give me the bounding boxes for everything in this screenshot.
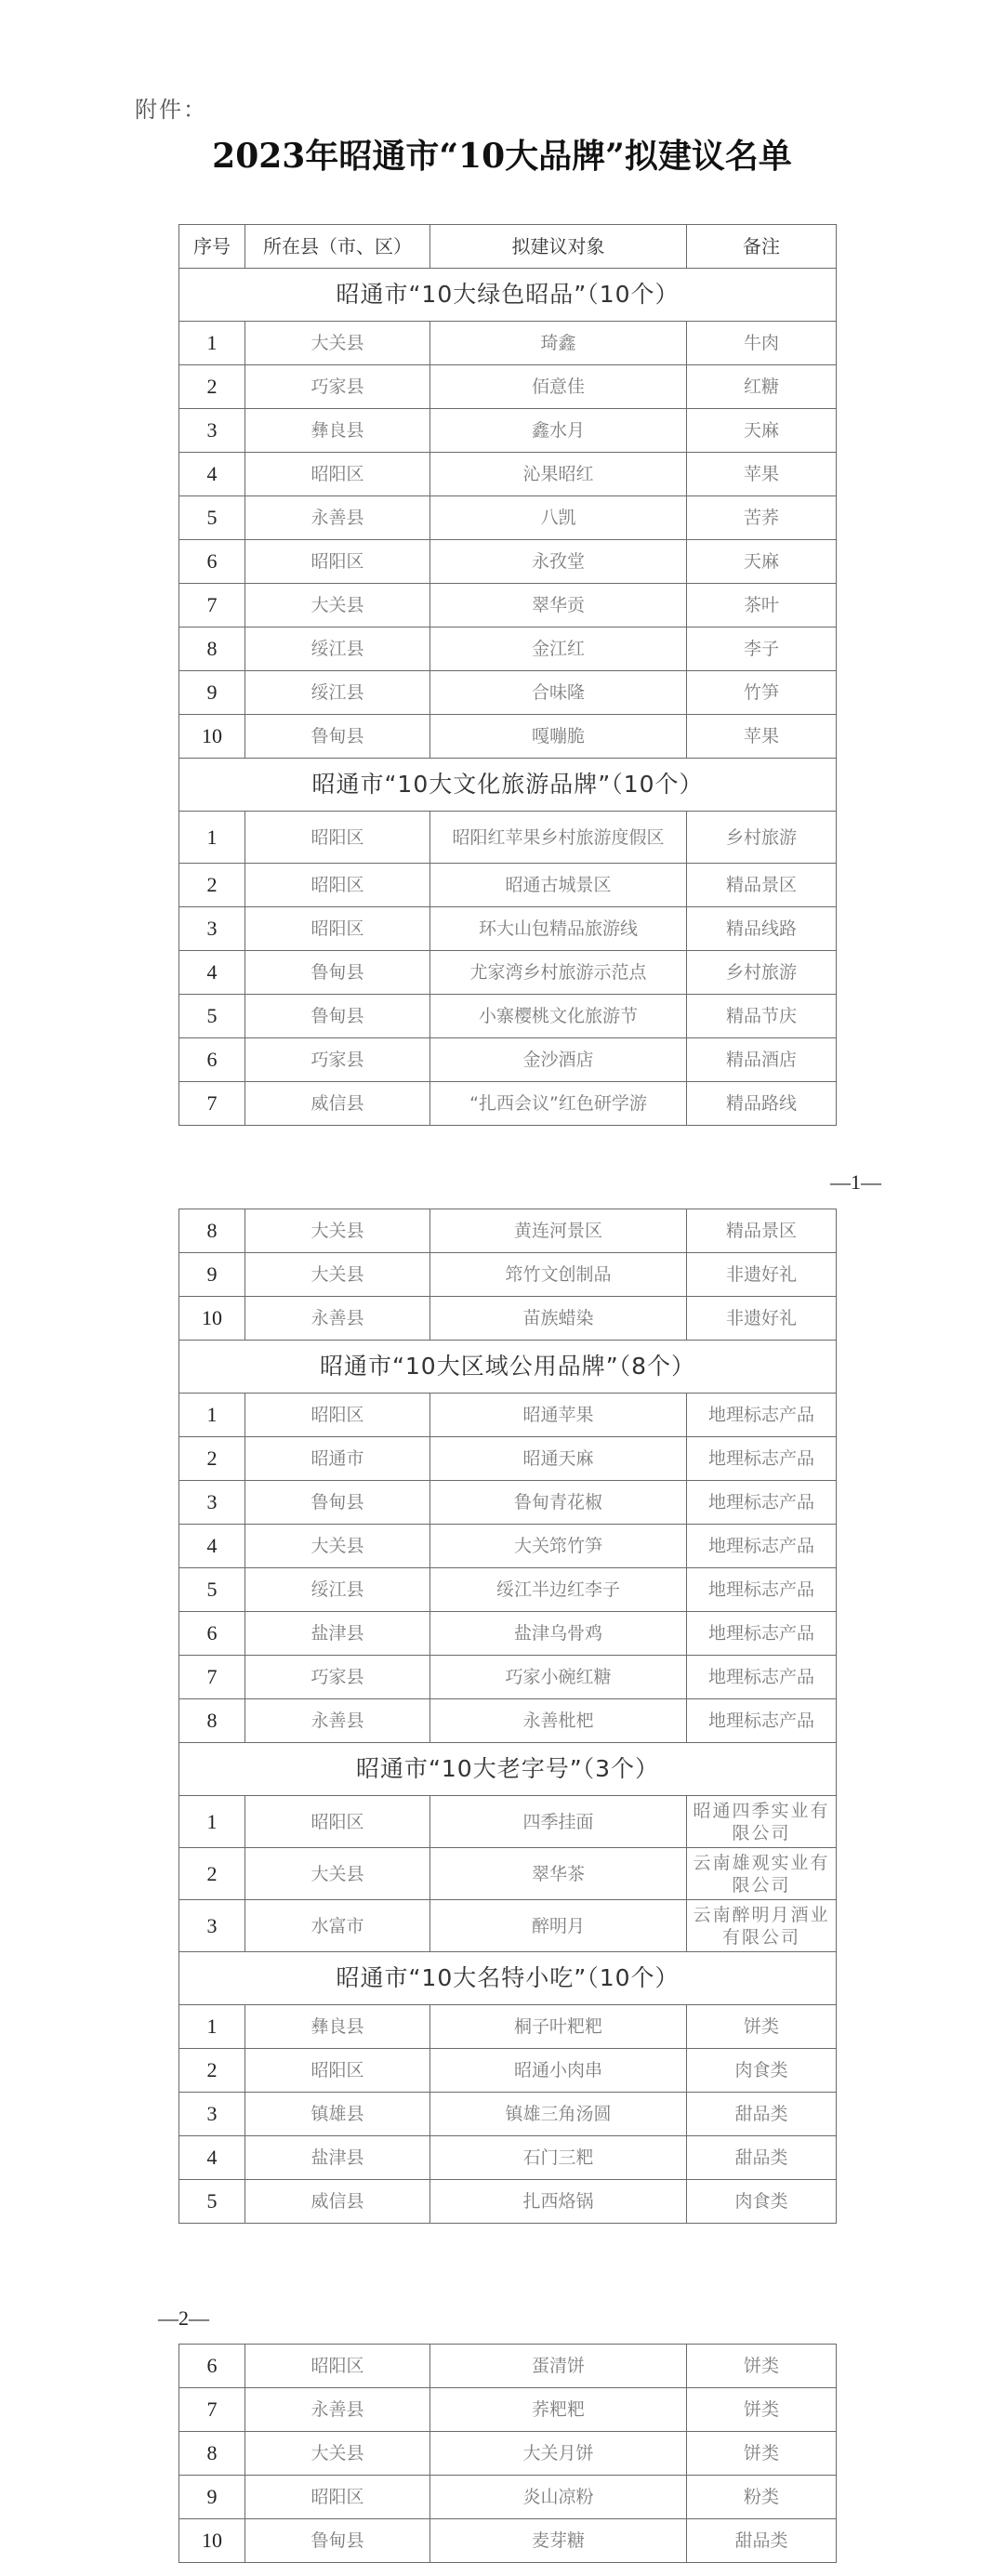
row-number: 10 <box>179 715 245 759</box>
item-cell: 扎西烙锅 <box>430 2180 687 2224</box>
county-cell: 昭阳区 <box>245 907 430 951</box>
table-row: 4鲁甸县尤家湾乡村旅游示范点乡村旅游 <box>179 951 837 995</box>
note-cell: 精品景区 <box>687 864 837 907</box>
row-number: 6 <box>179 1038 245 1082</box>
county-cell: 鲁甸县 <box>245 995 430 1038</box>
table-row: 2大关县翠华茶云南雄观实业有限公司 <box>179 1848 837 1900</box>
table-row: 9昭阳区炎山凉粉粉类 <box>179 2476 837 2519</box>
row-number: 1 <box>179 1796 245 1848</box>
note-cell: 天麻 <box>687 540 837 584</box>
table-row: 5绥江县绥江半边红李子地理标志产品 <box>179 1568 837 1612</box>
table-row: 2昭通市昭通天麻地理标志产品 <box>179 1437 837 1481</box>
county-cell: 永善县 <box>245 496 430 540</box>
table-row: 9绥江县合味隆竹笋 <box>179 671 837 715</box>
item-cell: 翠华茶 <box>430 1848 687 1900</box>
item-cell: 石门三粑 <box>430 2136 687 2180</box>
note-cell: 云南醉明月酒业有限公司 <box>687 1900 837 1952</box>
table-row: 6昭阳区永孜堂天麻 <box>179 540 837 584</box>
note-cell: 苦荞 <box>687 496 837 540</box>
table-row: 5威信县扎西烙锅肉食类 <box>179 2180 837 2224</box>
note-cell: 精品路线 <box>687 1082 837 1126</box>
county-cell: 永善县 <box>245 1297 430 1341</box>
table-row: 7大关县翠华贡茶叶 <box>179 584 837 627</box>
county-cell: 鲁甸县 <box>245 951 430 995</box>
table-row: 1昭阳区四季挂面昭通四季实业有限公司 <box>179 1796 837 1848</box>
note-cell: 地理标志产品 <box>687 1437 837 1481</box>
note-cell: 地理标志产品 <box>687 1394 837 1437</box>
row-number: 5 <box>179 1568 245 1612</box>
item-cell: 盐津乌骨鸡 <box>430 1612 687 1656</box>
table-row: 6巧家县金沙酒店精品酒店 <box>179 1038 837 1082</box>
table-row: 10永善县苗族蜡染非遗好礼 <box>179 1297 837 1341</box>
note-cell: 云南雄观实业有限公司 <box>687 1848 837 1900</box>
row-number: 10 <box>179 1297 245 1341</box>
table-row: 8永善县永善枇杷地理标志产品 <box>179 1699 837 1743</box>
row-number: 3 <box>179 907 245 951</box>
note-cell: 苹果 <box>687 715 837 759</box>
county-cell: 昭阳区 <box>245 2049 430 2093</box>
item-cell: 昭通苹果 <box>430 1394 687 1437</box>
table-row: 1彝良县桐子叶粑粑饼类 <box>179 2005 837 2049</box>
county-cell: 盐津县 <box>245 2136 430 2180</box>
row-number: 4 <box>179 1525 245 1568</box>
item-cell: 昭通天麻 <box>430 1437 687 1481</box>
section-header-time-honored: 昭通市“10大老字号”（3个） <box>179 1743 837 1796</box>
row-number: 3 <box>179 1481 245 1525</box>
county-cell: 绥江县 <box>245 1568 430 1612</box>
item-cell: 蛋清饼 <box>430 2345 687 2388</box>
item-cell: 黄连河景区 <box>430 1209 687 1253</box>
item-cell: 昭通小肉串 <box>430 2049 687 2093</box>
note-cell: 地理标志产品 <box>687 1481 837 1525</box>
county-cell: 鲁甸县 <box>245 715 430 759</box>
row-number: 1 <box>179 812 245 864</box>
section-header-snacks: 昭通市“10大名特小吃”（10个） <box>179 1952 837 2005</box>
county-cell: 水富市 <box>245 1900 430 1952</box>
item-cell: 鲁甸青花椒 <box>430 1481 687 1525</box>
table-row: 7巧家县巧家小碗红糖地理标志产品 <box>179 1656 837 1699</box>
row-number: 1 <box>179 1394 245 1437</box>
county-cell: 昭阳区 <box>245 2345 430 2388</box>
table-header-row: 序号 所在县（市、区） 拟建议对象 备注 <box>179 225 837 269</box>
item-cell: 翠华贡 <box>430 584 687 627</box>
note-cell: 饼类 <box>687 2432 837 2476</box>
item-cell: 镇雄三角汤圆 <box>430 2093 687 2136</box>
table-row: 6昭阳区蛋清饼饼类 <box>179 2345 837 2388</box>
row-number: 1 <box>179 322 245 365</box>
county-cell: 威信县 <box>245 2180 430 2224</box>
county-cell: 昭阳区 <box>245 453 430 496</box>
note-cell: 甜品类 <box>687 2093 837 2136</box>
table-row: 10鲁甸县嘎嘣脆苹果 <box>179 715 837 759</box>
note-cell: 红糖 <box>687 365 837 409</box>
row-number: 6 <box>179 540 245 584</box>
section-title: 昭通市“10大文化旅游品牌”（10个） <box>179 759 837 812</box>
note-cell: 地理标志产品 <box>687 1612 837 1656</box>
item-cell: 永孜堂 <box>430 540 687 584</box>
brand-table-page-2: 8大关县黄连河景区精品景区9大关县筇竹文创制品非遗好礼10永善县苗族蜡染非遗好礼… <box>178 1209 837 2224</box>
county-cell: 大关县 <box>245 1525 430 1568</box>
row-number: 3 <box>179 2093 245 2136</box>
note-cell: 茶叶 <box>687 584 837 627</box>
item-cell: 昭阳红苹果乡村旅游度假区 <box>430 812 687 864</box>
column-header-item: 拟建议对象 <box>430 225 687 269</box>
county-cell: 大关县 <box>245 1253 430 1297</box>
item-cell: 绥江半边红李子 <box>430 1568 687 1612</box>
item-cell: 小寨樱桃文化旅游节 <box>430 995 687 1038</box>
item-cell: 昭通古城景区 <box>430 864 687 907</box>
note-cell: 地理标志产品 <box>687 1568 837 1612</box>
county-cell: 大关县 <box>245 322 430 365</box>
row-number: 2 <box>179 365 245 409</box>
item-cell: 嘎嘣脆 <box>430 715 687 759</box>
table-row: 2昭阳区昭通古城景区精品景区 <box>179 864 837 907</box>
note-cell: 甜品类 <box>687 2136 837 2180</box>
item-cell: 炎山凉粉 <box>430 2476 687 2519</box>
note-cell: 李子 <box>687 627 837 671</box>
item-cell: 环大山包精品旅游线 <box>430 907 687 951</box>
row-number: 5 <box>179 2180 245 2224</box>
county-cell: 大关县 <box>245 584 430 627</box>
section-header-regional-brands: 昭通市“10大区域公用品牌”（8个） <box>179 1341 837 1394</box>
table-row: 4盐津县石门三粑甜品类 <box>179 2136 837 2180</box>
item-cell: 鑫水月 <box>430 409 687 453</box>
county-cell: 巧家县 <box>245 1038 430 1082</box>
county-cell: 永善县 <box>245 2388 430 2432</box>
row-number: 5 <box>179 995 245 1038</box>
row-number: 8 <box>179 1699 245 1743</box>
county-cell: 昭阳区 <box>245 1796 430 1848</box>
row-number: 7 <box>179 584 245 627</box>
table-row: 5鲁甸县小寨樱桃文化旅游节精品节庆 <box>179 995 837 1038</box>
note-cell: 精品景区 <box>687 1209 837 1253</box>
item-cell: 合味隆 <box>430 671 687 715</box>
column-header-no: 序号 <box>179 225 245 269</box>
county-cell: 镇雄县 <box>245 2093 430 2136</box>
item-cell: 金江红 <box>430 627 687 671</box>
county-cell: 大关县 <box>245 2432 430 2476</box>
row-number: 3 <box>179 409 245 453</box>
row-number: 3 <box>179 1900 245 1952</box>
row-number: 5 <box>179 496 245 540</box>
row-number: 8 <box>179 2432 245 2476</box>
item-cell: 桐子叶粑粑 <box>430 2005 687 2049</box>
note-cell: 甜品类 <box>687 2519 837 2563</box>
row-number: 6 <box>179 2345 245 2388</box>
note-cell: 昭通四季实业有限公司 <box>687 1796 837 1848</box>
note-cell: 肉食类 <box>687 2180 837 2224</box>
section-header-culture-tourism: 昭通市“10大文化旅游品牌”（10个） <box>179 759 837 812</box>
item-cell: 八凯 <box>430 496 687 540</box>
row-number: 7 <box>179 2388 245 2432</box>
county-cell: 巧家县 <box>245 1656 430 1699</box>
item-cell: “扎西会议”红色研学游 <box>430 1082 687 1126</box>
county-cell: 昭通市 <box>245 1437 430 1481</box>
item-cell: 尤家湾乡村旅游示范点 <box>430 951 687 995</box>
item-cell: 金沙酒店 <box>430 1038 687 1082</box>
row-number: 2 <box>179 2049 245 2093</box>
table-row: 6盐津县盐津乌骨鸡地理标志产品 <box>179 1612 837 1656</box>
county-cell: 彝良县 <box>245 409 430 453</box>
county-cell: 昭阳区 <box>245 1394 430 1437</box>
item-cell: 筇竹文创制品 <box>430 1253 687 1297</box>
item-cell: 苗族蜡染 <box>430 1297 687 1341</box>
section-header-green-brands: 昭通市“10大绿色昭品”（10个） <box>179 269 837 322</box>
row-number: 9 <box>179 1253 245 1297</box>
table-row: 7永善县荞粑粑饼类 <box>179 2388 837 2432</box>
item-cell: 大关月饼 <box>430 2432 687 2476</box>
item-cell: 四季挂面 <box>430 1796 687 1848</box>
note-cell: 饼类 <box>687 2345 837 2388</box>
note-cell: 地理标志产品 <box>687 1525 837 1568</box>
column-header-note: 备注 <box>687 225 837 269</box>
table-row: 8绥江县金江红李子 <box>179 627 837 671</box>
county-cell: 昭阳区 <box>245 2476 430 2519</box>
county-cell: 盐津县 <box>245 1612 430 1656</box>
row-number: 4 <box>179 951 245 995</box>
table-row: 8大关县大关月饼饼类 <box>179 2432 837 2476</box>
note-cell: 天麻 <box>687 409 837 453</box>
item-cell: 醉明月 <box>430 1900 687 1952</box>
note-cell: 肉食类 <box>687 2049 837 2093</box>
page-number-1: —1— <box>830 1170 881 1195</box>
note-cell: 非遗好礼 <box>687 1297 837 1341</box>
table-row: 10鲁甸县麦芽糖甜品类 <box>179 2519 837 2563</box>
row-number: 4 <box>179 2136 245 2180</box>
brand-table-page-3: 6昭阳区蛋清饼饼类7永善县荞粑粑饼类8大关县大关月饼饼类9昭阳区炎山凉粉粉类10… <box>178 2344 837 2563</box>
row-number: 4 <box>179 453 245 496</box>
county-cell: 威信县 <box>245 1082 430 1126</box>
county-cell: 巧家县 <box>245 365 430 409</box>
item-cell: 巧家小碗红糖 <box>430 1656 687 1699</box>
row-number: 2 <box>179 1437 245 1481</box>
attachment-label: 附件： <box>135 91 207 124</box>
county-cell: 绥江县 <box>245 671 430 715</box>
note-cell: 乡村旅游 <box>687 951 837 995</box>
row-number: 8 <box>179 1209 245 1253</box>
section-title: 昭通市“10大区域公用品牌”（8个） <box>179 1341 837 1394</box>
row-number: 7 <box>179 1656 245 1699</box>
county-cell: 昭阳区 <box>245 812 430 864</box>
table-row: 2巧家县佰意佳红糖 <box>179 365 837 409</box>
note-cell: 非遗好礼 <box>687 1253 837 1297</box>
note-cell: 牛肉 <box>687 322 837 365</box>
county-cell: 鲁甸县 <box>245 1481 430 1525</box>
table-row: 2昭阳区昭通小肉串肉食类 <box>179 2049 837 2093</box>
table-row: 8大关县黄连河景区精品景区 <box>179 1209 837 1253</box>
item-cell: 大关筇竹笋 <box>430 1525 687 1568</box>
table-row: 3镇雄县镇雄三角汤圆甜品类 <box>179 2093 837 2136</box>
table-row: 1昭阳区昭通苹果地理标志产品 <box>179 1394 837 1437</box>
note-cell: 精品节庆 <box>687 995 837 1038</box>
item-cell: 沁果昭红 <box>430 453 687 496</box>
note-cell: 饼类 <box>687 2005 837 2049</box>
table-row: 5永善县八凯苦荞 <box>179 496 837 540</box>
table-row: 3水富市醉明月云南醉明月酒业有限公司 <box>179 1900 837 1952</box>
row-number: 8 <box>179 627 245 671</box>
row-number: 9 <box>179 671 245 715</box>
row-number: 2 <box>179 1848 245 1900</box>
county-cell: 彝良县 <box>245 2005 430 2049</box>
table-row: 3昭阳区环大山包精品旅游线精品线路 <box>179 907 837 951</box>
brand-table-page-1: 序号 所在县（市、区） 拟建议对象 备注 昭通市“10大绿色昭品”（10个） 1… <box>178 224 837 1126</box>
table-row: 4大关县大关筇竹笋地理标志产品 <box>179 1525 837 1568</box>
item-cell: 麦芽糖 <box>430 2519 687 2563</box>
note-cell: 地理标志产品 <box>687 1656 837 1699</box>
item-cell: 永善枇杷 <box>430 1699 687 1743</box>
county-cell: 昭阳区 <box>245 540 430 584</box>
item-cell: 佰意佳 <box>430 365 687 409</box>
section-title: 昭通市“10大名特小吃”（10个） <box>179 1952 837 2005</box>
table-row: 1昭阳区昭阳红苹果乡村旅游度假区乡村旅游 <box>179 812 837 864</box>
county-cell: 永善县 <box>245 1699 430 1743</box>
row-number: 2 <box>179 864 245 907</box>
row-number: 7 <box>179 1082 245 1126</box>
item-cell: 琦鑫 <box>430 322 687 365</box>
section-title: 昭通市“10大老字号”（3个） <box>179 1743 837 1796</box>
note-cell: 粉类 <box>687 2476 837 2519</box>
table-row: 1大关县琦鑫牛肉 <box>179 322 837 365</box>
table-row: 4昭阳区沁果昭红苹果 <box>179 453 837 496</box>
table-row: 7威信县“扎西会议”红色研学游精品路线 <box>179 1082 837 1126</box>
note-cell: 精品酒店 <box>687 1038 837 1082</box>
table-row: 9大关县筇竹文创制品非遗好礼 <box>179 1253 837 1297</box>
note-cell: 地理标志产品 <box>687 1699 837 1743</box>
column-header-county: 所在县（市、区） <box>245 225 430 269</box>
row-number: 6 <box>179 1612 245 1656</box>
note-cell: 饼类 <box>687 2388 837 2432</box>
row-number: 9 <box>179 2476 245 2519</box>
county-cell: 绥江县 <box>245 627 430 671</box>
note-cell: 竹笋 <box>687 671 837 715</box>
county-cell: 鲁甸县 <box>245 2519 430 2563</box>
row-number: 10 <box>179 2519 245 2563</box>
county-cell: 大关县 <box>245 1848 430 1900</box>
county-cell: 大关县 <box>245 1209 430 1253</box>
table-row: 3彝良县鑫水月天麻 <box>179 409 837 453</box>
note-cell: 精品线路 <box>687 907 837 951</box>
row-number: 1 <box>179 2005 245 2049</box>
county-cell: 昭阳区 <box>245 864 430 907</box>
note-cell: 乡村旅游 <box>687 812 837 864</box>
note-cell: 苹果 <box>687 453 837 496</box>
document-title: 2023年昭通市“10大品牌”拟建议名单 <box>0 130 1004 178</box>
page-number-2: —2— <box>158 2306 209 2331</box>
table-row: 3鲁甸县鲁甸青花椒地理标志产品 <box>179 1481 837 1525</box>
item-cell: 荞粑粑 <box>430 2388 687 2432</box>
section-title: 昭通市“10大绿色昭品”（10个） <box>179 269 837 322</box>
